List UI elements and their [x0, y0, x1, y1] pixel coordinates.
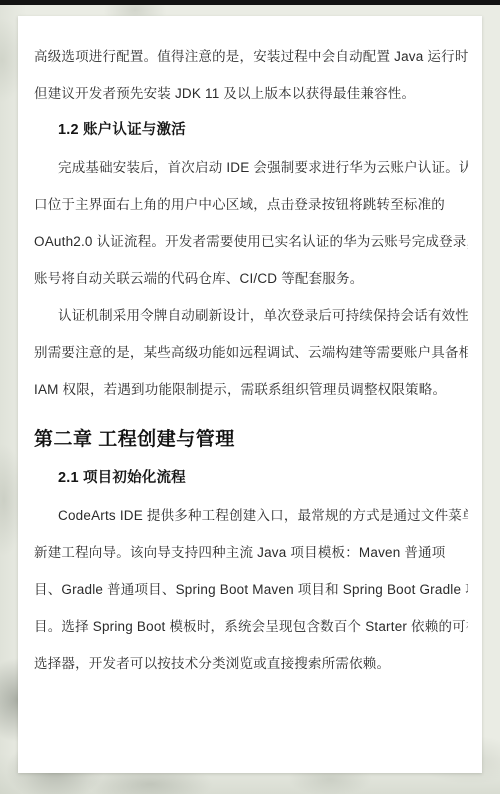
body-text-line: CodeArts IDE 提供多种工程创建入口，最常规的方式是通过文件菜单中的 [34, 497, 468, 534]
body-text-line: IAM 权限，若遇到功能限制提示，需联系组织管理员调整权限策略。 [34, 371, 468, 408]
body-text-line: 完成基础安装后，首次启动 IDE 会强制要求进行华为云账户认证。认证入 [34, 149, 468, 186]
photographed-document-screenshot: { "colors": { "top_bar": "#131313", "mar… [0, 0, 500, 794]
body-text-line: 目、Gradle 普通项目、Spring Boot Maven 项目和 Spri… [34, 571, 468, 608]
body-text-line: OAuth2.0 认证流程。开发者需要使用已实名认证的华为云账号完成登录，该 [34, 223, 468, 260]
body-text-line: 别需要注意的是，某些高级功能如远程调试、云端构建等需要账户具备相应的 [34, 334, 468, 371]
chapter-heading: 第二章 工程创建与管理 [34, 420, 468, 460]
body-text-line: 选择器，开发者可以按技术分类浏览或直接搜索所需依赖。 [34, 645, 468, 682]
document-lines: 高级选项进行配置。值得注意的是，安装过程中会自动配置 Java 运行时环境，但建… [34, 38, 468, 682]
paper-sheet: 高级选项进行配置。值得注意的是，安装过程中会自动配置 Java 运行时环境，但建… [18, 16, 482, 773]
body-text-line: 账号将自动关联云端的代码仓库、CI/CD 等配套服务。 [34, 260, 468, 297]
body-text-line: 认证机制采用令牌自动刷新设计，单次登录后可持续保持会话有效性。特 [34, 297, 468, 334]
body-text-line: 新建工程向导。该向导支持四种主流 Java 项目模板：Maven 普通项 [34, 534, 468, 571]
body-text-line: 目。选择 Spring Boot 模板时，系统会呈现包含数百个 Starter … [34, 608, 468, 645]
section-heading: 1.2 账户认证与激活 [34, 112, 468, 149]
top-edge-bar [0, 0, 500, 5]
body-text-line: 但建议开发者预先安装 JDK 11 及以上版本以获得最佳兼容性。 [34, 75, 468, 112]
body-text-line: 口位于主界面右上角的用户中心区域，点击登录按钮将跳转至标准的 [34, 186, 468, 223]
section-heading: 2.1 项目初始化流程 [34, 460, 468, 497]
body-text-line: 高级选项进行配置。值得注意的是，安装过程中会自动配置 Java 运行时环境， [34, 38, 468, 75]
